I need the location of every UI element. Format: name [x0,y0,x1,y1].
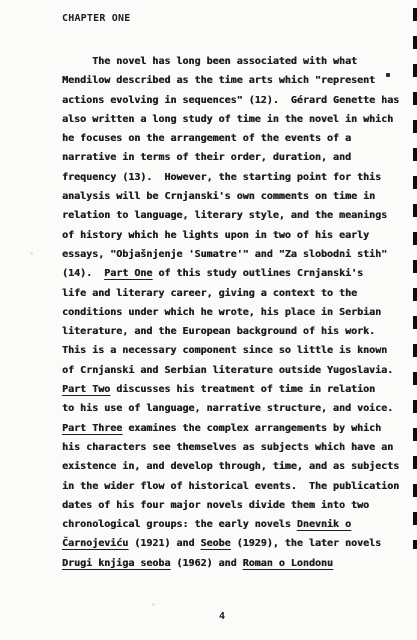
scan-edge-marks [413,8,417,549]
text-line: his characters see themselves as subject… [62,438,399,457]
underlined-text: Part Two [62,384,110,395]
text-line: frequency (13). However, the starting po… [62,168,399,187]
plain-text: life and literary career, giving a conte… [62,288,357,299]
text-line: he focuses on the arrangement of the eve… [62,129,399,148]
text-line: Čarnojeviću (1921) and Seobe (1929), the… [62,534,399,553]
plain-text: his characters see themselves as subject… [62,442,393,453]
text-line: (14). Part One of this study outlines Cr… [62,264,399,283]
plain-text: essays, "Objašnjenje 'Sumatre'" and "Za … [62,249,387,260]
plain-text: of Crnjanski and Serbian literature outs… [62,365,393,376]
text-line: chronological groups: the early novels D… [62,515,399,534]
chapter-heading: CHAPTER ONE [62,13,130,24]
plain-text: narrative in terms of their order, durat… [62,152,351,163]
plain-text: (14). [62,268,104,279]
text-line: literature, and the European background … [62,322,399,341]
text-line: Drugi knjiga seoba (1962) and Roman o Lo… [62,554,399,573]
plain-text: existence in, and develop through, time,… [62,461,399,472]
plain-text: The novel has long been associated with … [62,56,357,67]
body-text: The novel has long been associated with … [62,52,399,573]
plain-text: frequency (13). However, the starting po… [62,172,381,183]
text-line: The novel has long been associated with … [62,52,399,71]
text-line: Mendilow described as the time arts whic… [62,71,399,90]
underlined-text: Roman o Londonu [243,558,333,569]
underlined-text: Drugi knjiga seoba [62,558,170,569]
document-page: CHAPTER ONE The novel has long been asso… [0,0,417,640]
text-line: This is a necessary component since so l… [62,341,399,360]
scan-speck-faint [30,252,33,255]
underlined-text: Čarnojeviću [62,538,128,549]
text-line: of Crnjanski and Serbian literature outs… [62,361,399,380]
text-line: life and literary career, giving a conte… [62,284,399,303]
text-line: narrative in terms of their order, durat… [62,148,399,167]
text-line: Part Three examines the complex arrangem… [62,419,399,438]
underlined-text: Seobe [200,538,230,549]
plain-text: Mendilow described as the time arts whic… [62,75,375,86]
plain-text: (1921) and [128,538,200,549]
plain-text: dates of his four major novels divide th… [62,500,369,511]
plain-text: (1929), the later novels [231,538,382,549]
text-line: conditions under which he wrote, his pla… [62,303,399,322]
scan-speck [386,73,390,77]
plain-text: discusses his treatment of time in relat… [110,384,375,395]
plain-text: literature, and the European background … [62,326,375,337]
text-line: essays, "Objašnjenje 'Sumatre'" and "Za … [62,245,399,264]
plain-text: of history which he lights upon in two o… [62,230,369,241]
text-line: relation to language, literary style, an… [62,206,399,225]
plain-text: to his use of language, narrative struct… [62,403,393,414]
underlined-text: Part Three [62,423,122,434]
underlined-text: Part One [104,268,152,279]
text-line: dates of his four major novels divide th… [62,496,399,515]
plain-text: conditions under which he wrote, his pla… [62,307,381,318]
plain-text: of this study outlines Crnjanski's [152,268,363,279]
text-line: actions evolving in sequences" (12). Gér… [62,91,399,110]
plain-text: also written a long study of time in the… [62,114,393,125]
underlined-text: Dnevnik o [297,519,351,530]
plain-text: in the wider flow of historical events. … [62,481,399,492]
text-line: of history which he lights upon in two o… [62,226,399,245]
plain-text: actions evolving in sequences" (12). Gér… [62,95,399,106]
text-line: also written a long study of time in the… [62,110,399,129]
plain-text: examines the complex arrangements by whi… [122,423,381,434]
text-line: to his use of language, narrative struct… [62,399,399,418]
text-line: analysis will be Crnjanski's own comment… [62,187,399,206]
text-line: existence in, and develop through, time,… [62,457,399,476]
plain-text: chronological groups: the early novels [62,519,297,530]
plain-text: (1962) and [170,558,242,569]
page-number: 4 [219,611,225,622]
plain-text: analysis will be Crnjanski's own comment… [62,191,375,202]
scan-speck-faint [152,603,155,606]
plain-text: This is a necessary component since so l… [62,345,387,356]
text-line: Part Two discusses his treatment of time… [62,380,399,399]
text-line: in the wider flow of historical events. … [62,477,399,496]
plain-text: he focuses on the arrangement of the eve… [62,133,351,144]
plain-text: relation to language, literary style, an… [62,210,387,221]
